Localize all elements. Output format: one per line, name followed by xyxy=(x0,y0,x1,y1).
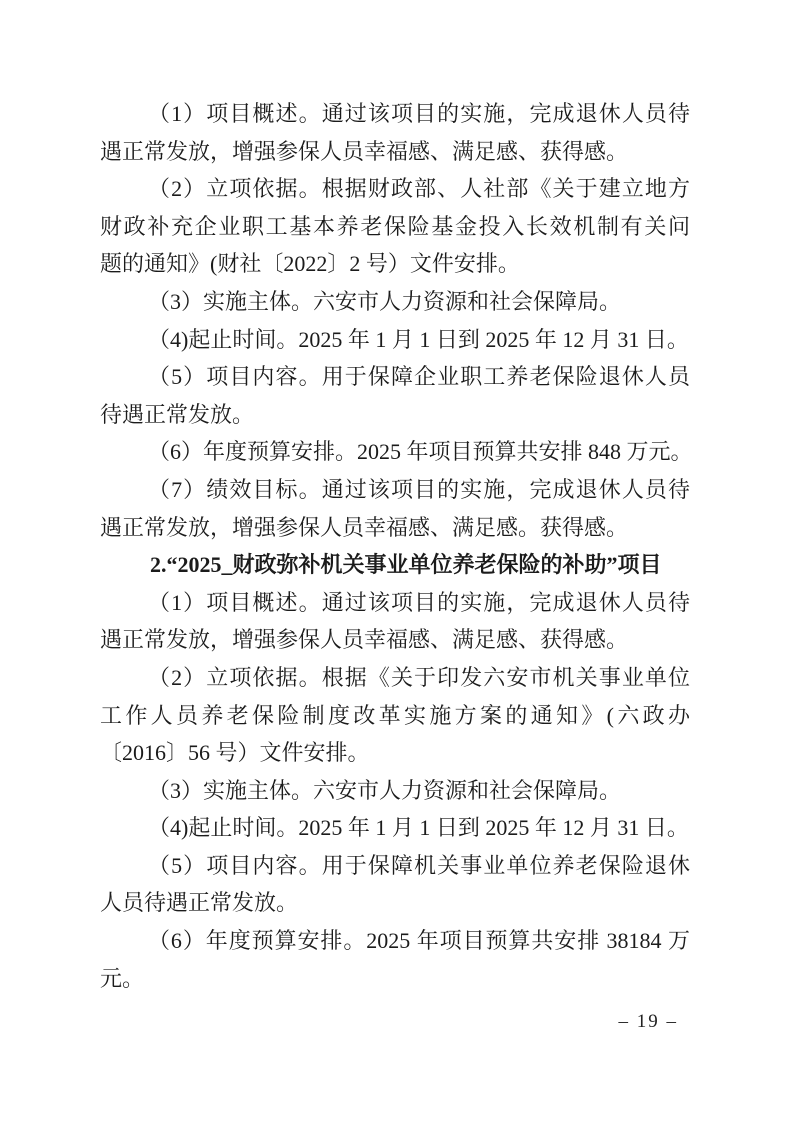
text-line: （1）项目概述。通过该项目的实施，完成退休人员待 xyxy=(100,95,690,133)
text-line: 遇正常发放，增强参保人员幸福感、满足感。获得感。 xyxy=(100,509,690,547)
section-heading: 2.“2025_财政弥补机关事业单位养老保险的补助”项目 xyxy=(100,546,690,584)
text-line: （1）项目概述。通过该项目的实施，完成退休人员待 xyxy=(100,584,690,622)
text-line: （5）项目内容。用于保障机关事业单位养老保险退休 xyxy=(100,847,690,885)
text-line: （2）立项依据。根据《关于印发六安市机关事业单位 xyxy=(100,659,690,697)
text-line: （3）实施主体。六安市人力资源和社会保障局。 xyxy=(100,283,690,321)
text-line: 遇正常发放，增强参保人员幸福感、满足感、获得感。 xyxy=(100,133,690,171)
text-line: （6）年度预算安排。2025 年项目预算共安排 848 万元。 xyxy=(100,433,690,471)
text-line: 〔2016〕56 号）文件安排。 xyxy=(100,734,690,772)
text-line: 工作人员养老保险制度改革实施方案的通知》(六政办 xyxy=(100,697,690,735)
text-line: 人员待遇正常发放。 xyxy=(100,884,690,922)
text-line: （4)起止时间。2025 年 1 月 1 日到 2025 年 12 月 31 日… xyxy=(100,809,690,847)
text-line: （7）绩效目标。通过该项目的实施，完成退休人员待 xyxy=(100,471,690,509)
document-page: （1）项目概述。通过该项目的实施，完成退休人员待遇正常发放，增强参保人员幸福感、… xyxy=(0,0,793,1122)
text-line: （5）项目内容。用于保障企业职工养老保险退休人员 xyxy=(100,358,690,396)
text-line: （2）立项依据。根据财政部、人社部《关于建立地方 xyxy=(100,170,690,208)
text-line: （3）实施主体。六安市人力资源和社会保障局。 xyxy=(100,772,690,810)
text-line: 待遇正常发放。 xyxy=(100,396,690,434)
text-line: （4)起止时间。2025 年 1 月 1 日到 2025 年 12 月 31 日… xyxy=(100,321,690,359)
document-body: （1）项目概述。通过该项目的实施，完成退休人员待遇正常发放，增强参保人员幸福感、… xyxy=(100,95,690,997)
text-line: （6）年度预算安排。2025 年项目预算共安排 38184 万 xyxy=(100,922,690,960)
page-number: – 19 – xyxy=(619,1010,679,1034)
text-line: 元。 xyxy=(100,960,690,998)
text-line: 财政补充企业职工基本养老保险基金投入长效机制有关问 xyxy=(100,208,690,246)
text-line: 题的通知》(财社〔2022〕2 号）文件安排。 xyxy=(100,245,690,283)
text-line: 遇正常发放，增强参保人员幸福感、满足感、获得感。 xyxy=(100,621,690,659)
